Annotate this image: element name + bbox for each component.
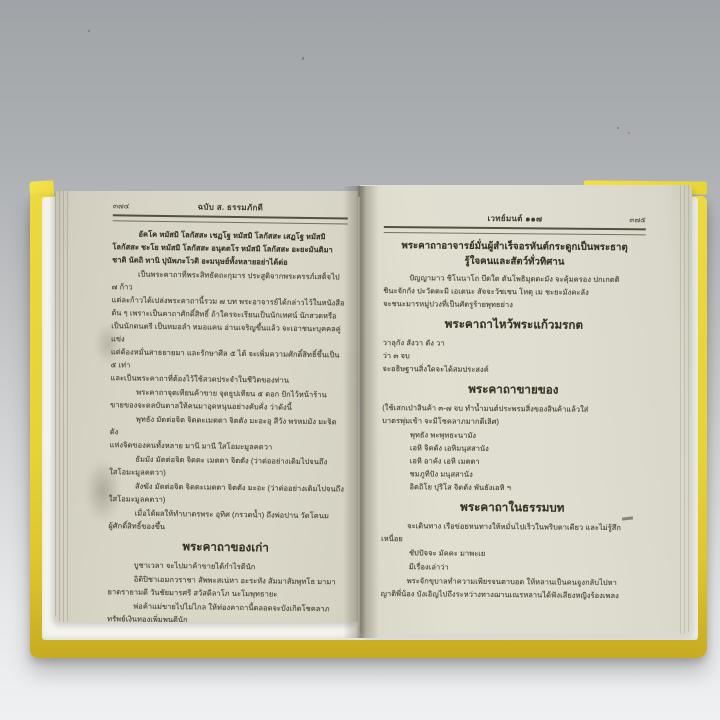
paragraph: พุทธัง พะพุทธะนามังเอหิ จิตตัง เอหิมนุสส… (381, 428, 644, 495)
header-spacer (384, 224, 488, 225)
background-speck (302, 57, 304, 60)
text-line: รู้ใจคนและสัตว์ทั่วทิศาน (383, 254, 645, 271)
text-line: มีเรื่องเล่าว่า (409, 560, 643, 575)
paragraph: ปัญญามาว ชิโนนาโถ บึดใด ตันโพธิมุตตะมัง … (383, 271, 645, 312)
text-line: เป็นนักดนตรี เป็นหมอลำ หมอแคน อ่านเจริญข… (111, 319, 346, 348)
paragraph: จะเดินทาง เรือข่อยหนทางให้หมั่นไปเร็วในพ… (381, 519, 643, 547)
paragraph: มีเรื่องเล่าว่า (381, 560, 643, 575)
text-line: พระคาถาของเก่า (108, 538, 343, 557)
right-page-content: เวทย์มนต์ ๑๑๗ ๓๗๕ พระคาถาอาจารย์มั่นผู้ส… (360, 185, 692, 634)
text-line: จะอธิษฐานสิ่งใดจะได้สมประสงค์ (383, 362, 645, 377)
text-line: เหนื่อย (381, 532, 643, 547)
paragraph: พระจักขุบาลทำความเพียรจนตาบอด ให้หลานเป็… (381, 574, 643, 602)
left-page-header: ๓๗๔ ฉบับ ส. ธรรมภักดี (113, 199, 348, 215)
paragraph: เป็นพระคาถาที่พระสิทธัตถะกุมาร ประสูติจา… (110, 267, 347, 387)
paragraph: พระคาถาจุดเทียนค้าขาย จุดธูปเทียน ๕ ดอก … (110, 385, 345, 414)
paragraph: วาลุกัง สังวา ตัง วาว่า ๓ จบจะอธิษฐานสิ่… (383, 336, 645, 377)
text-line: บาตรพุ่มเข้า จะมีโชคลาภมากดีเลิศ) (382, 414, 644, 429)
text-line: ญาติพี่น้อง บังเอิญไปถึงระหว่างทางฌานเณร… (381, 587, 643, 602)
background-speck (617, 127, 619, 129)
right-page: เวทย์มนต์ ๑๑๗ ๓๗๕ พระคาถาอาจารย์มั่นผู้ส… (360, 185, 692, 634)
paragraph: พุทธัง มัดต่อจิต จิตตะเมตตา จิตตัง มะอะอ… (110, 412, 346, 454)
left-running-head: ฉบับ ส. ธรรมภักดี (198, 200, 264, 214)
text-line: พระคาถาไหว้พระแก้วมรกต (383, 316, 645, 334)
paragraph: ธัมมัง มัดต่อจิต จิตตะ เมตตา จิตตัง (ว่า… (109, 452, 344, 481)
text-line: พระคาถาขายของ (382, 381, 644, 399)
header-spacer (263, 214, 348, 215)
paragraph: สังฆัง มัดต่อจิต จิตตะเมตตา จิตตัง มะอะ … (109, 479, 344, 508)
section-heading: พระคาถาขายของ (382, 381, 644, 399)
left-page-number: ๓๗๔ (113, 200, 130, 212)
text-line: อิตถิโย ปุริโส จิตตัง พันธังเอหิ ฯ (409, 480, 643, 495)
left-page-text: อัคโค หมัสมิ โลกัสสะ เชฏโฐ หมัสมิ โลกัสส… (107, 227, 348, 622)
page-smudge (95, 323, 121, 365)
right-running-head: เวทย์มนต์ ๑๑๗ (487, 212, 542, 225)
paragraph: อัคโค หมัสมิ โลกัสสะ เชฏโฐ หมัสมิ โลกัสส… (112, 227, 348, 269)
text-line: ชัปปัจจะ มัคคะ มาพะเย (409, 546, 643, 561)
section-heading: พระคาถาในธรรมบท (381, 499, 643, 517)
header-rule (384, 226, 646, 235)
text-line: วาลุกัง สังวา ตัง วา (383, 336, 645, 351)
right-page-header: เวทย์มนต์ ๑๑๗ ๓๗๕ (384, 211, 646, 226)
background-speck (88, 30, 90, 32)
section-heading: พระคาถาไหว้พระแก้วมรกต (383, 316, 645, 334)
text-line: พุทธัง มัดต่อจิต จิตตะเมตตา จิตตัง มะอะอ… (110, 412, 345, 441)
paragraph: เมื่อได้ผลให้ทำบาตรพระ อุทิศ (กรวดน้ำ) ถ… (108, 506, 343, 535)
paragraph: พ่อค้าแม่ขายไปไม่ไกล ให้ท่องคาถานี้ตลอดจ… (107, 599, 342, 622)
text-line: พระคาถาในธรรมบท (381, 499, 643, 517)
left-page-content: ๓๗๔ ฉบับ ส. ธรรมภักดี อัคโค หมัสมิ โลกัส… (55, 191, 358, 622)
background-speck (628, 132, 630, 134)
text-line: จะเดินทาง เรือข่อยหนทางให้หมั่นไปเร็วในพ… (381, 519, 643, 534)
paragraph: อิติปิชาเอมกวราชา สัพพะสเน่หา อะระหัง สั… (107, 572, 342, 601)
paragraph: ชัปปัจจะ มัคคะ มาพะเย (381, 546, 643, 561)
section-heading: พระคาถาอาจารย์มั่นผู้สำเร็จอรหันต์กระดูก… (383, 239, 645, 270)
text-line: จะชนะมารหมู่ปวงที่เป็นศัตรูร้ายพุทธย่าง (383, 297, 645, 312)
text-line: แต่ต้องหมั่นสาธยายมา และรักษาศีล ๕ ได้ จ… (111, 345, 346, 374)
text-line: พระคาถาอาจารย์มั่นผู้สำเร็จอรหันต์กระดูก… (384, 239, 646, 256)
paragraph: (ใช้เสกเป่าสินค้า ๓-๗ จบ ทำน้ำมนต์ประพรม… (382, 401, 644, 429)
left-page: ๓๗๔ ฉบับ ส. ธรรมภักดี อัคโค หมัสมิ โลกัส… (55, 191, 358, 622)
right-page-number: ๓๗๕ (629, 214, 646, 226)
right-page-text: พระคาถาอาจารย์มั่นผู้สำเร็จอรหันต์กระดูก… (381, 239, 646, 602)
page-smudge (85, 459, 121, 523)
text-line: เป็นพระคาถาที่พระสิทธัตถะกุมาร ประสูติจา… (112, 267, 347, 296)
photo-background: ๓๗๔ ฉบับ ส. ธรรมภักดี อัคโค หมัสมิ โลกัส… (0, 0, 720, 720)
section-heading: พระคาถาของเก่า (108, 538, 343, 557)
header-rule (113, 214, 348, 224)
